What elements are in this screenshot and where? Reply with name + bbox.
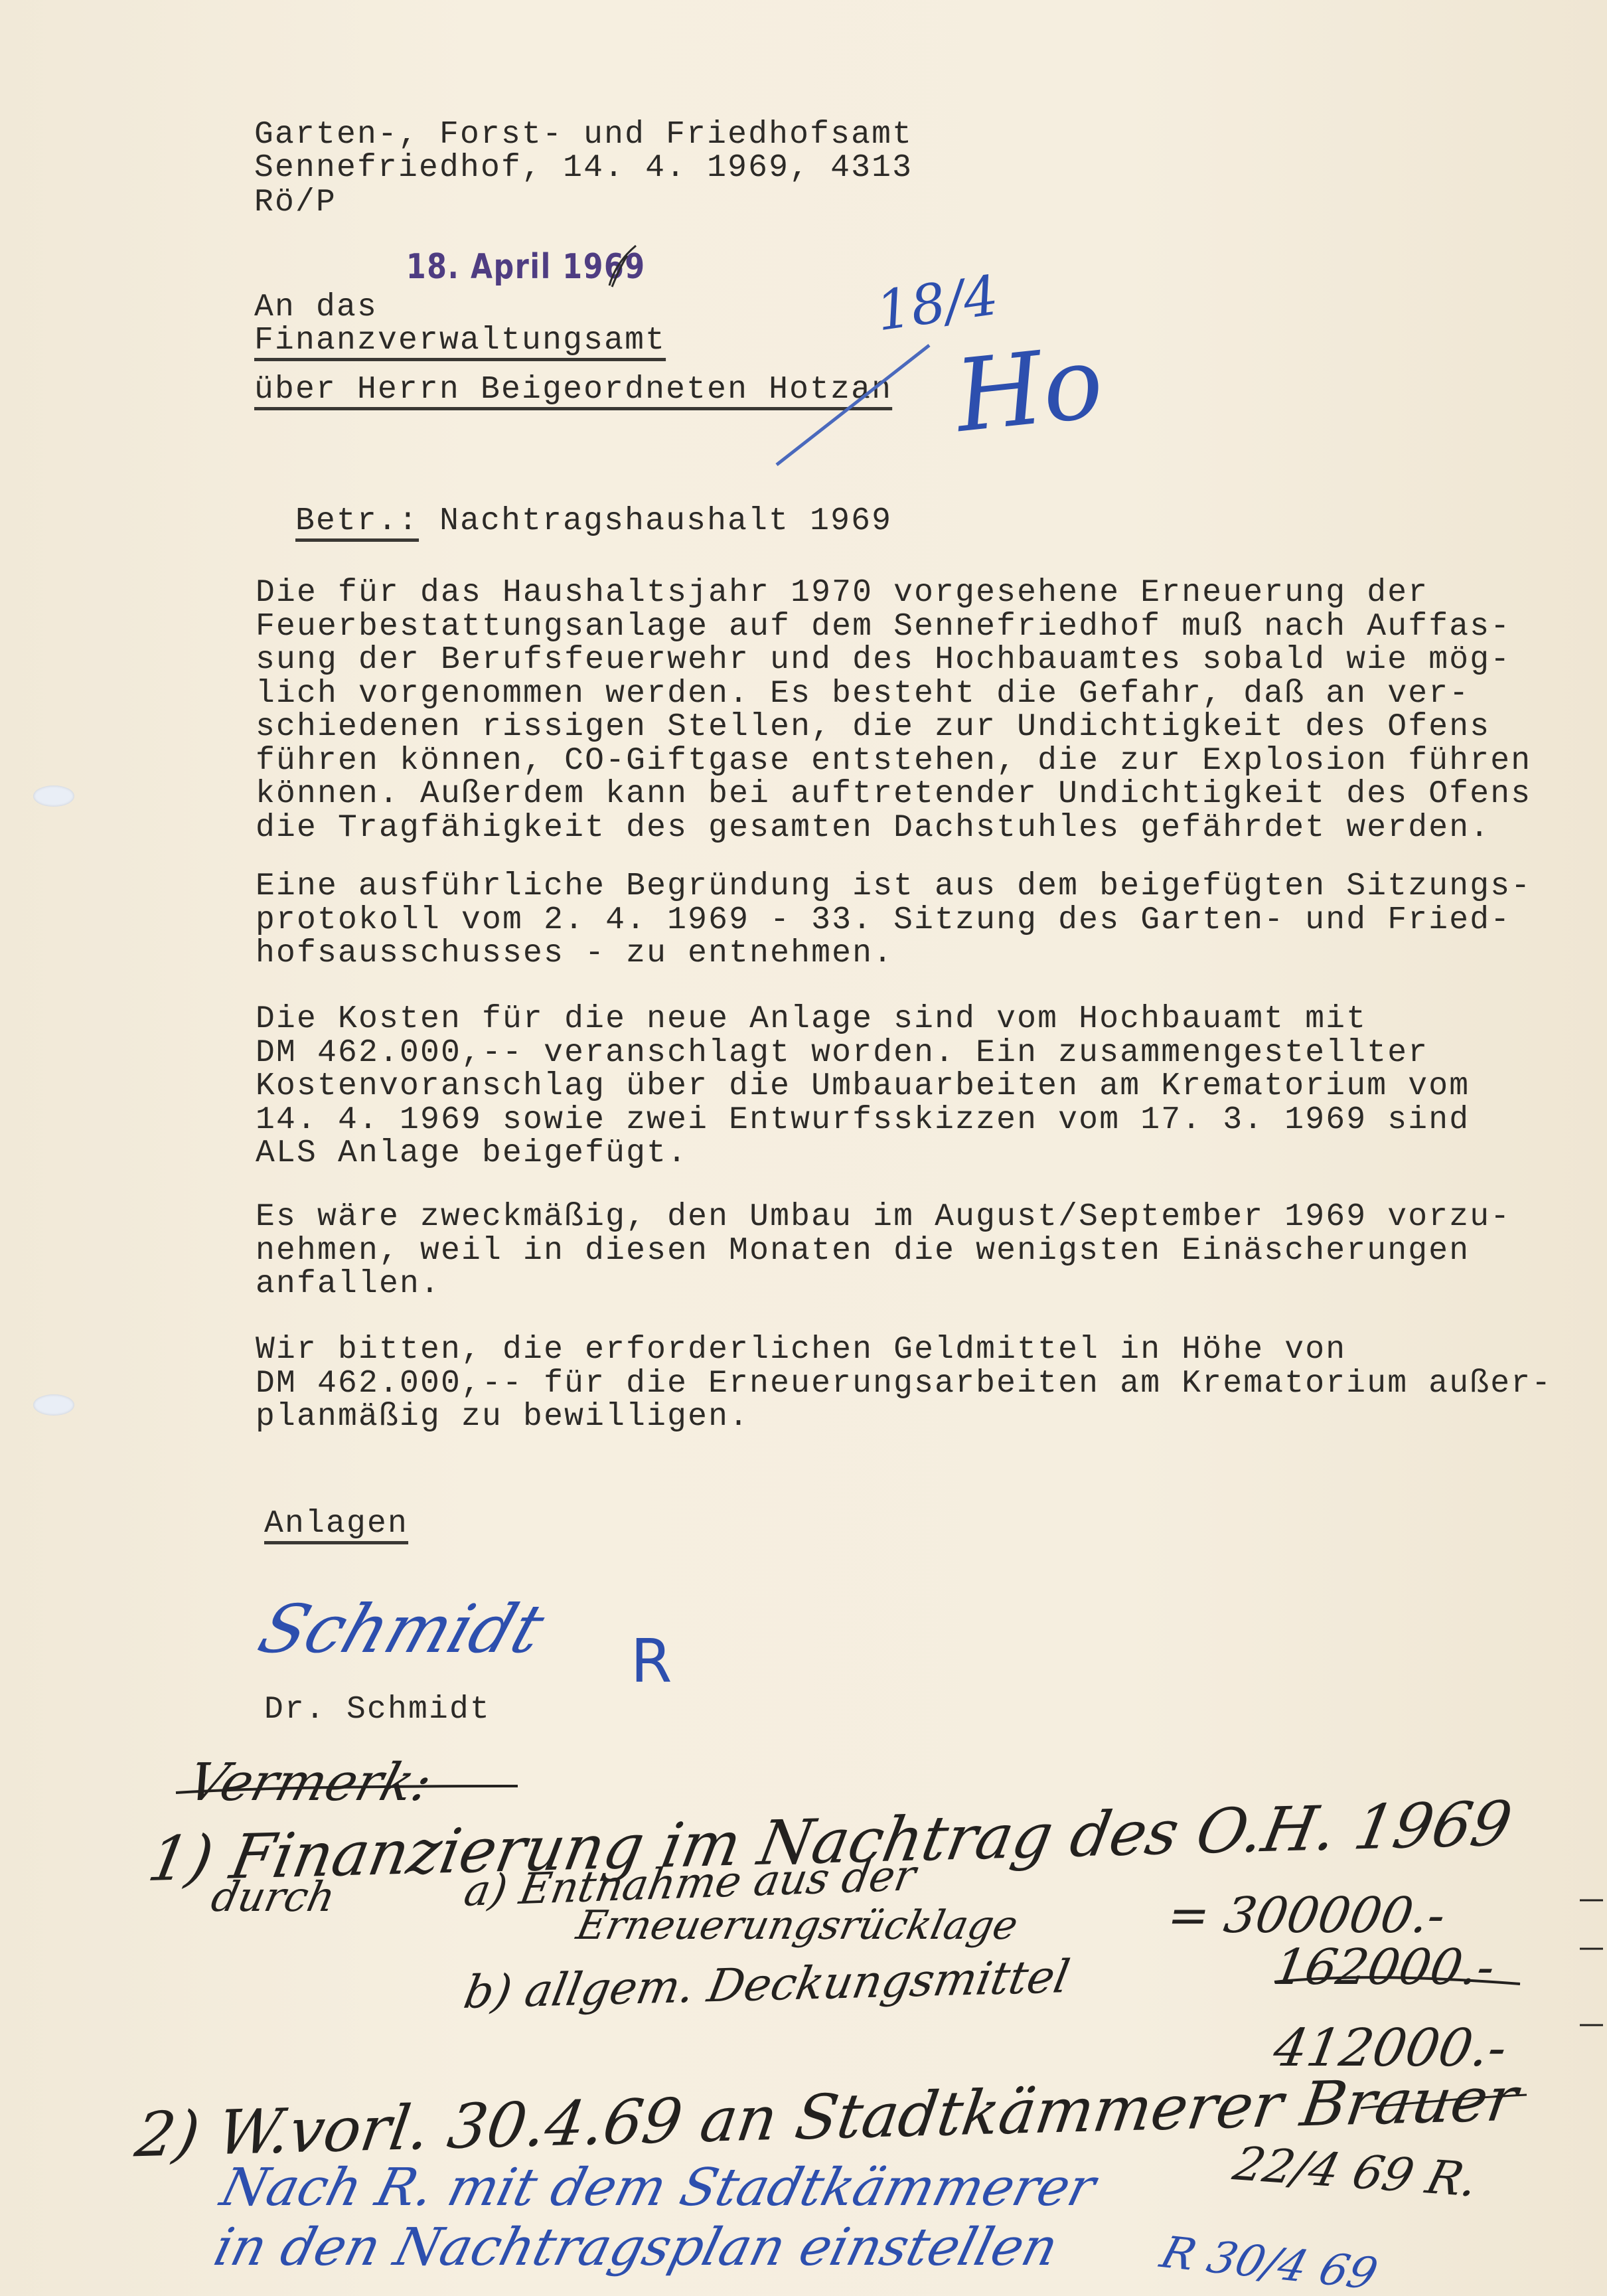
recipient-line-2: Finanzverwaltungsamt (254, 324, 666, 357)
typed-signatory-name: Dr. Schmidt (264, 1693, 491, 1726)
recipient-line-3: über Herrn Beigeordneten Hotzan (254, 373, 892, 406)
paragraph-line: Die Kosten für die neue Anlage sind vom … (256, 1003, 1557, 1036)
subject-line: Betr.: Nachtragshaushalt 1969 (254, 471, 892, 538)
note-item1-through: durch (207, 1872, 339, 1921)
note-blue-line2: in den Nachtragsplan einstellen (208, 2218, 1064, 2277)
paragraph-line: Die für das Haushaltsjahr 1970 vorgesehe… (256, 576, 1557, 610)
paragraph-line: ALS Anlage beigefügt. (256, 1137, 1557, 1171)
letterhead-place-date: Sennefriedhof, 14. 4. 1969, 4313 (254, 151, 913, 185)
paragraph-line: nehmen, weil in diesen Monaten die wenig… (256, 1234, 1557, 1268)
note-heading: Vermerk: (181, 1753, 439, 1813)
paragraph-line: die Tragfähigkeit des gesamten Dachstuhl… (256, 811, 1557, 845)
paragraph-line: hofsausschusses - zu entnehmen. (256, 937, 1557, 971)
letterhead-reference: Rö/P (254, 186, 337, 219)
note-item1-b-amount: 162000.- (1269, 1939, 1499, 1996)
letterhead-office: Garten-, Forst- und Friedhofsamt (254, 118, 913, 151)
note-item1-a-label-2: Erneuerungsrücklage (573, 1902, 1022, 1949)
body-paragraph-5: Wir bitten, die erforderlichen Geldmitte… (256, 1333, 1557, 1434)
note-blue-line1: Nach R. mit dem Stadtkämmerer (215, 2158, 1101, 2218)
received-date-stamp: 18. April 1969 (406, 247, 646, 287)
paragraph-line: Feuerbestattungsanlage auf dem Sennefrie… (256, 610, 1557, 644)
body-paragraph-3: Die Kosten für die neue Anlage sind vom … (256, 1003, 1557, 1171)
paragraph-line: Wir bitten, die erforderlichen Geldmitte… (256, 1333, 1557, 1367)
paragraph-line: sung der Berufsfeuerwehr und des Hochbau… (256, 643, 1557, 677)
recipient-line-1: An das (254, 291, 378, 324)
paragraph-line: schiedenen rissigen Stellen, die zur Und… (256, 710, 1557, 744)
paragraph-line: planmäßig zu bewilligen. (256, 1400, 1557, 1434)
paragraph-line: 14. 4. 1969 sowie zwei Entwurfsskizzen v… (256, 1104, 1557, 1137)
paragraph-line: führen können, CO-Giftgase entstehen, di… (256, 744, 1557, 778)
paragraph-line: anfallen. (256, 1268, 1557, 1301)
margin-initials-annotation: Ho (951, 325, 1109, 455)
paragraph-line: können. Außerdem kann bei auftretender U… (256, 778, 1557, 811)
paragraph-line: DM 462.000,-- veranschlagt worden. Ein z… (256, 1036, 1557, 1070)
paragraph-line: protokoll vom 2. 4. 1969 - 33. Sitzung d… (256, 904, 1557, 938)
enclosures-label: Anlagen (264, 1507, 408, 1540)
punch-hole-bottom (33, 1394, 74, 1416)
signature-scrawl: Schmidt (250, 1590, 554, 1668)
subject-label: Betr.: (295, 503, 419, 539)
note-item1-a-amount: = 300000.- (1163, 1887, 1450, 1944)
paragraph-line: DM 462.000,-- für die Erneuerungsarbeite… (256, 1367, 1557, 1401)
paragraph-line: Eine ausführliche Begründung ist aus dem… (256, 870, 1557, 904)
punch-hole-top (33, 785, 74, 807)
paragraph-line: lich vorgenommen werden. Es besteht die … (256, 677, 1557, 711)
subject-spacer (419, 503, 439, 539)
subject-text: Nachtragshaushalt 1969 (439, 503, 892, 539)
signature-initial-mark: R (631, 1627, 672, 1696)
paragraph-line: Es wäre zweckmäßig, den Umbau im August/… (256, 1200, 1557, 1234)
body-paragraph-2: Eine ausführliche Begründung ist aus dem… (256, 870, 1557, 971)
body-paragraph-1: Die für das Haushaltsjahr 1970 vorgesehe… (256, 576, 1557, 845)
body-paragraph-4: Es wäre zweckmäßig, den Umbau im August/… (256, 1200, 1557, 1301)
paragraph-line: Kostenvoranschlag über die Umbauarbeiten… (256, 1070, 1557, 1104)
